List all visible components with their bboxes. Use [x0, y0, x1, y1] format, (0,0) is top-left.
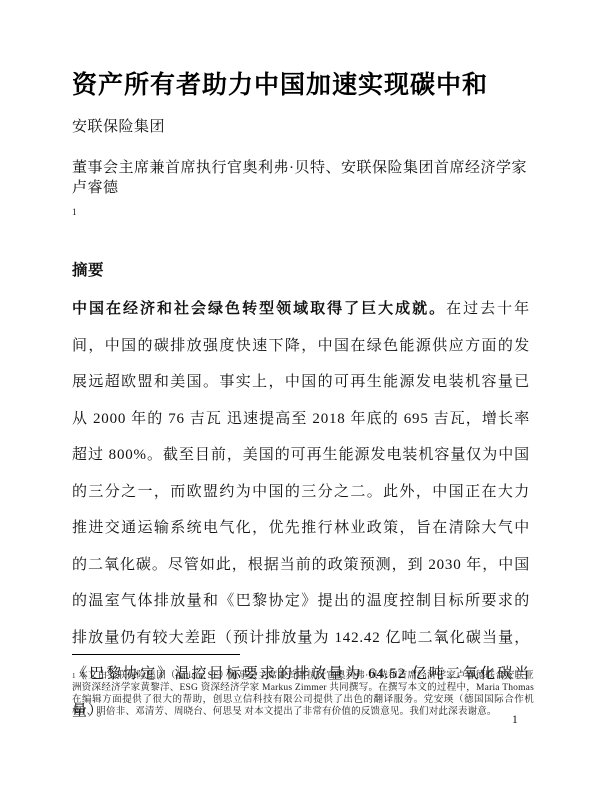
- abstract-heading: 摘要: [72, 258, 530, 280]
- footnote-divider: [72, 654, 240, 655]
- document-title: 资产所有者助力中国加速实现碳中和: [72, 70, 530, 101]
- footnote: 1 本文由安联保险集团（Allianz SE）董事会主席兼首席执行官奥利弗·贝特…: [72, 670, 534, 719]
- author-line: 董事会主席兼首席执行官奥利弗·贝特、安联保险集团首席经济学家卢睿德: [72, 158, 530, 199]
- organization-name: 安联保险集团: [72, 117, 530, 137]
- author-footnote-reference-line: 1: [72, 208, 530, 224]
- page-number: 1: [512, 714, 518, 726]
- document-page: 资产所有者助力中国加速实现碳中和 安联保险集团 董事会主席兼首席执行官奥利弗·贝…: [0, 0, 600, 793]
- abstract-body-text: 在过去十年间，中国的碳排放强度快速下降，中国在绿色能源供应方面的发展远超欧盟和美…: [72, 301, 530, 719]
- footnote-marker: 1: [72, 672, 76, 680]
- footnote-reference-marker: 1: [72, 207, 77, 217]
- footnote-text: 本文由安联保险集团（Allianz SE）董事会主席兼首席执行官奥利弗·贝特和首…: [72, 671, 534, 718]
- abstract-paragraph: 中国在经济和社会绿色转型领域取得了巨大成就。在过去十年间，中国的碳排放强度快速下…: [72, 291, 530, 729]
- abstract-lead-sentence: 中国在经济和社会绿色转型领域取得了巨大成就。: [72, 301, 446, 317]
